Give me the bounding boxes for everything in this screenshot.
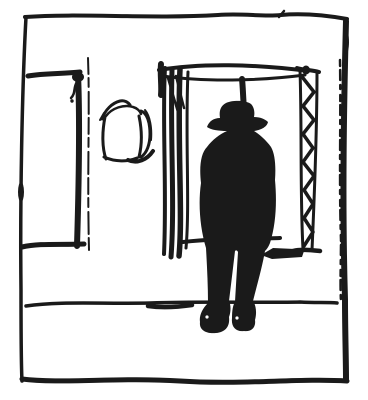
curtain-stroke-2	[171, 70, 173, 257]
curtain-stroke-1	[164, 68, 165, 254]
wardrobe-hook-dot	[70, 99, 73, 102]
sketch-drawing	[0, 0, 368, 400]
lintel-left-end	[161, 64, 162, 95]
frame-right-edge	[343, 21, 346, 379]
lintel-right-knot	[302, 66, 310, 75]
wardrobe-right-edge	[77, 74, 79, 246]
left-shoe-highlight	[205, 315, 208, 318]
wardrobe-bottom-edge	[22, 244, 84, 247]
sketch-canvas	[0, 0, 368, 400]
wardrobe-corner-blob	[72, 72, 84, 82]
wall-corner-line	[88, 58, 89, 250]
right-shoe-highlight	[235, 316, 238, 319]
floor-line-overlap	[148, 305, 192, 307]
frame-right-blob	[343, 30, 349, 54]
curtain-stroke-4	[186, 72, 188, 248]
frame-left-blob	[18, 182, 24, 202]
frame-bottom-edge	[22, 379, 347, 382]
